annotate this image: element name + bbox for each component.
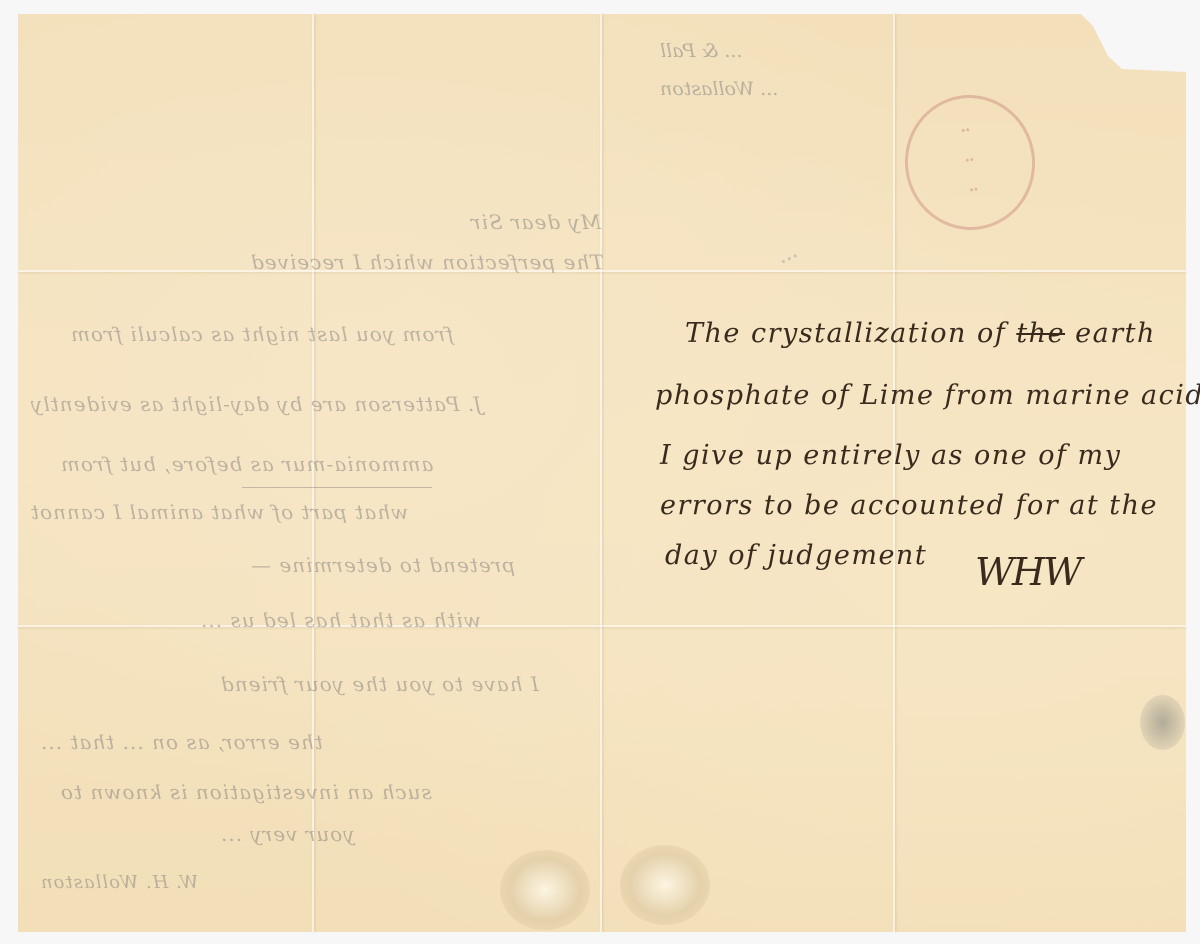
note-line-1: The crystallization of the earth xyxy=(685,318,1156,349)
address-line: ... & Pall xyxy=(660,40,743,62)
ghost-underline xyxy=(242,487,432,488)
ghost-line: what part of what animal I cannot xyxy=(30,500,408,524)
note-line-1-text: The crystallization of xyxy=(685,318,1016,349)
ghost-line: with as that has led us ... xyxy=(200,608,481,632)
note-line-3: I give up entirely as one of my xyxy=(660,440,1121,471)
ghost-salutation: My dear Sir xyxy=(470,210,601,234)
ghost-line: the error, as on ... that ... xyxy=(40,730,323,754)
ghost-line: pretend to determine — xyxy=(250,553,515,577)
fold-line-horizontal-2 xyxy=(18,625,1186,627)
ghost-line: ammonia-mur as before, but from xyxy=(60,452,433,476)
note-line-4: errors to be accounted for at the xyxy=(660,490,1158,521)
ghost-line: such an investigation is known to xyxy=(60,780,432,804)
note-line-5: day of judgement xyxy=(665,540,927,571)
ghost-line: J. Patterson are by day-light as evident… xyxy=(30,392,482,416)
struck-word: the xyxy=(1016,318,1065,349)
ghost-signature: W. H. Wollaston xyxy=(40,872,198,893)
fold-line-vertical-2 xyxy=(600,14,602,932)
note-line-1-end: earth xyxy=(1065,318,1156,349)
note-line-2: phosphate of Lime from marine acid xyxy=(655,380,1200,411)
seal-impression-right xyxy=(620,845,710,925)
address-line: ... Wollaston xyxy=(660,78,778,100)
signature: WHW xyxy=(975,550,1080,594)
fold-line-vertical-3 xyxy=(893,14,895,932)
ghost-line: your very ... xyxy=(220,822,355,846)
water-stain xyxy=(1140,695,1185,750)
ghost-line: I have to you the your friend xyxy=(220,672,539,696)
seal-impression-left xyxy=(500,850,590,930)
ghost-line: from you last night as calculi from xyxy=(70,322,454,346)
ghost-line: The perfection which I received xyxy=(250,250,604,274)
